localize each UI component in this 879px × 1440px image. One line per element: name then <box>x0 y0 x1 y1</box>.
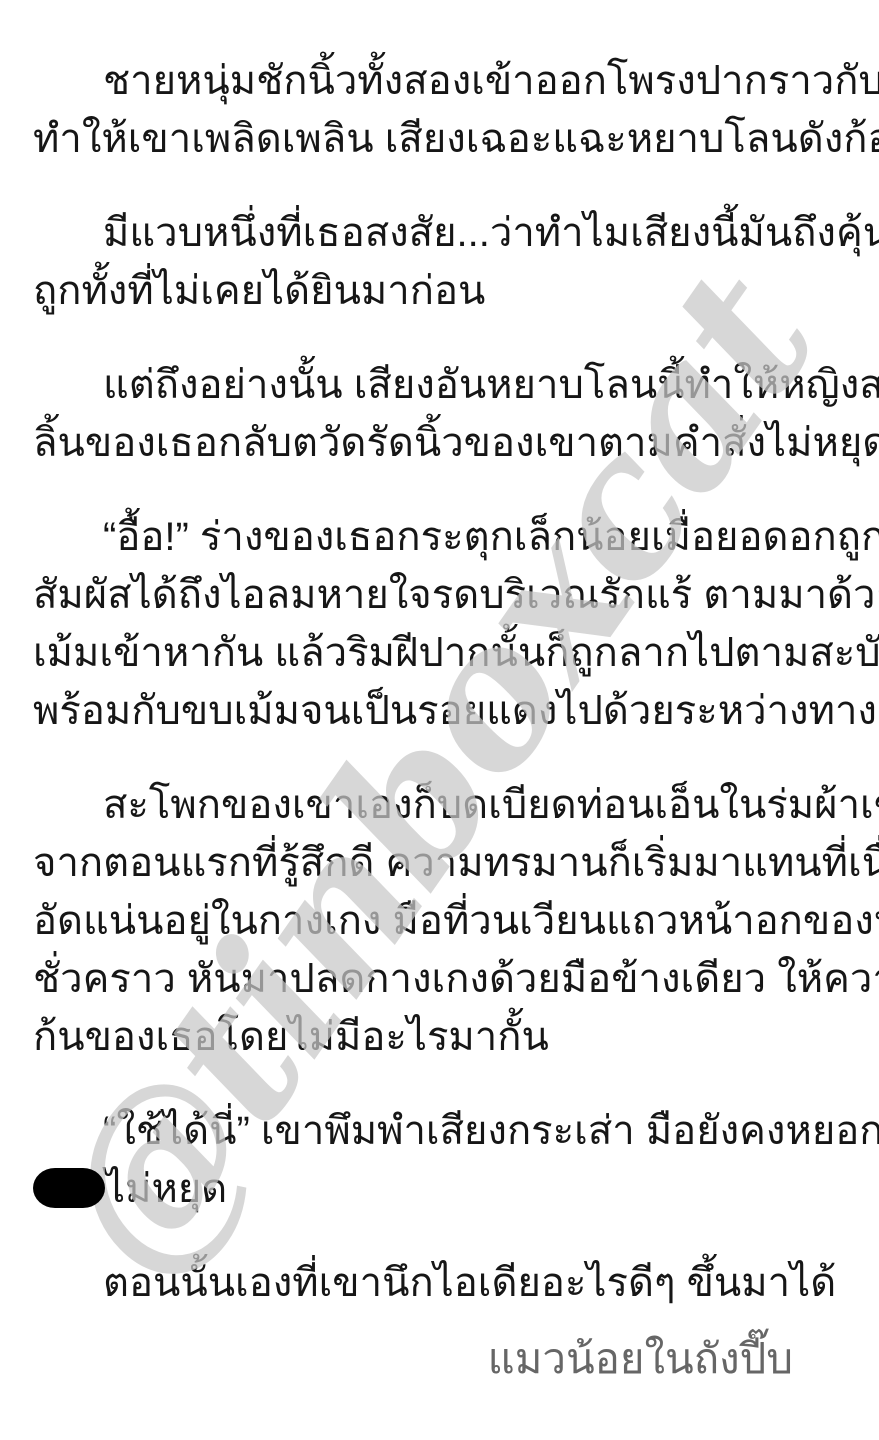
text-line: แต่ถึงอย่างนั้น เสียงอันหยาบโลนนี้ทำให้ห… <box>33 356 849 414</box>
text-line: “ใช้ได้นี่” เขาพึมพำเสียงกระเส่า มือยังค… <box>33 1102 849 1160</box>
text-line: ก้นของเธอโดยไม่มีอะไรมากั้น <box>33 1008 849 1066</box>
text-line: พร้อมกับขบเม้มจนเป็นรอยแดงไปด้วยระหว่างท… <box>33 682 849 740</box>
text-line: ถูกทั้งที่ไม่เคยได้ยินมาก่อน <box>33 262 849 320</box>
censored-line-text: ไม่หยุด <box>105 1167 227 1211</box>
text-line: ตอนนั้นเองที่เขานึกไอเดียอะไรดีๆ ขึ้นมาไ… <box>33 1254 849 1312</box>
text-line: จากตอนแรกที่รู้สึกดี ความทรมานก็เริ่มมาแ… <box>33 834 849 892</box>
text-line: ลิ้นของเธอกลับตวัดรัดนิ้วของเขาตามคำสั่ง… <box>33 414 849 472</box>
paragraph: ตอนนั้นเองที่เขานึกไอเดียอะไรดีๆ ขึ้นมาไ… <box>33 1254 849 1312</box>
paragraph: มีแวบหนึ่งที่เธอสงสัย...ว่าทำไมเสียงนี้ม… <box>33 204 849 320</box>
page-text-content: ชายหนุ่มชักนิ้วทั้งสองเข้าออกโพรงปากราวก… <box>33 52 849 1312</box>
text-line: สัมผัสได้ถึงไอลมหายใจรดบริเวณรักแร้ ตามม… <box>33 566 849 624</box>
text-line: เม้มเข้าหากัน แล้วริมฝีปากนั้นก็ถูกลากไป… <box>33 624 849 682</box>
document-page: ชายหนุ่มชักนิ้วทั้งสองเข้าออกโพรงปากราวก… <box>0 0 879 1440</box>
text-line: อัดแน่นอยู่ในกางเกง มือที่วนเวียนแถวหน้า… <box>33 892 849 950</box>
paragraph: แต่ถึงอย่างนั้น เสียงอันหยาบโลนนี้ทำให้ห… <box>33 356 849 472</box>
text-line-with-redaction: ไม่หยุด <box>33 1160 849 1218</box>
paragraph: “อื้อ!” ร่างของเธอกระตุกเล็กน้อยเมื่อยอด… <box>33 508 849 740</box>
text-line: ชั่วคราว หันมาปลดกางเกงด้วยมือข้างเดียว … <box>33 950 849 1008</box>
censor-redaction-oval <box>33 1168 105 1208</box>
text-line: ชายหนุ่มชักนิ้วทั้งสองเข้าออกโพรงปากราวก… <box>33 52 849 110</box>
text-line: ทำให้เขาเพลิดเพลิน เสียงเฉอะแฉะหยาบโลนดั… <box>33 110 849 168</box>
text-line: มีแวบหนึ่งที่เธอสงสัย...ว่าทำไมเสียงนี้ม… <box>33 204 849 262</box>
paragraph: “ใช้ได้นี่” เขาพึมพำเสียงกระเส่า มือยังค… <box>33 1102 849 1218</box>
footer-story-title: แมวน้อยในถังปี๊บ <box>488 1330 793 1388</box>
paragraph: ชายหนุ่มชักนิ้วทั้งสองเข้าออกโพรงปากราวก… <box>33 52 849 168</box>
paragraph: สะโพกของเขาเองก็บดเบียดท่อนเอ็นในร่มผ้าเ… <box>33 776 849 1066</box>
text-line: “อื้อ!” ร่างของเธอกระตุกเล็กน้อยเมื่อยอด… <box>33 508 849 566</box>
text-line: สะโพกของเขาเองก็บดเบียดท่อนเอ็นในร่มผ้าเ… <box>33 776 849 834</box>
